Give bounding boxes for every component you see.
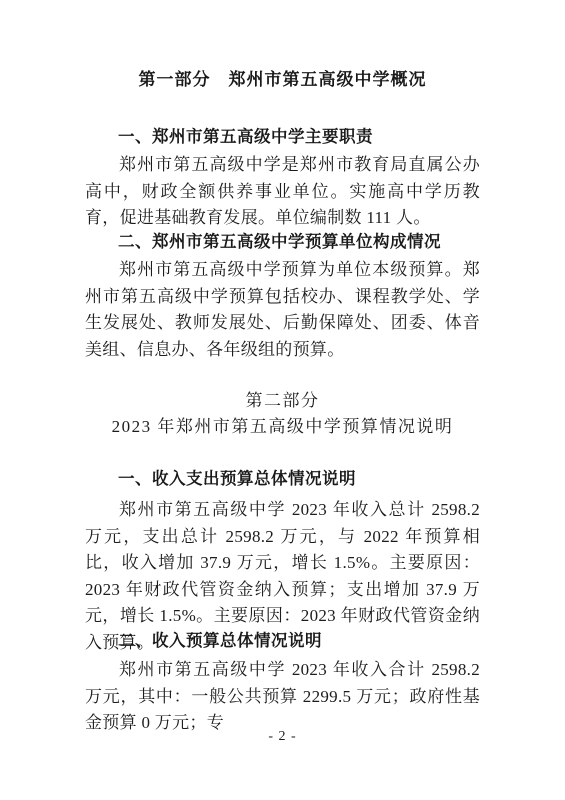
part1-section1-paragraph: 郑州市第五高级中学是郑州市教育局直属公办高中，财政全额供养事业单位。实施高中学历…	[85, 152, 480, 232]
document-page: 第一部分 郑州市第五高级中学概况 一、郑州市第五高级中学主要职责 郑州市第五高级…	[0, 0, 565, 800]
part1-section2-paragraph: 郑州市第五高级中学预算为单位本级预算。郑州市第五高级中学预算包括校办、课程教学处…	[85, 257, 480, 363]
page-number: - 2 -	[0, 728, 565, 746]
part2-section1-heading: 一、收入支出预算总体情况说明	[85, 468, 513, 491]
part2-title-line1: 第二部分	[0, 389, 565, 413]
part2-section2-heading: 二、收入预算总体情况说明	[85, 630, 513, 653]
part1-section1-heading: 一、郑州市第五高级中学主要职责	[85, 126, 513, 149]
part1-title: 第一部分 郑州市第五高级中学概况	[0, 68, 565, 92]
part1-section2-heading: 二、郑州市第五高级中学预算单位构成情况	[85, 231, 513, 254]
part2-section2-paragraph: 郑州市第五高级中学 2023 年收入合计 2598.2 万元，其中：一般公共预算…	[85, 657, 480, 737]
part2-title-line2: 2023 年郑州市第五高级中学预算情况说明	[0, 415, 565, 439]
